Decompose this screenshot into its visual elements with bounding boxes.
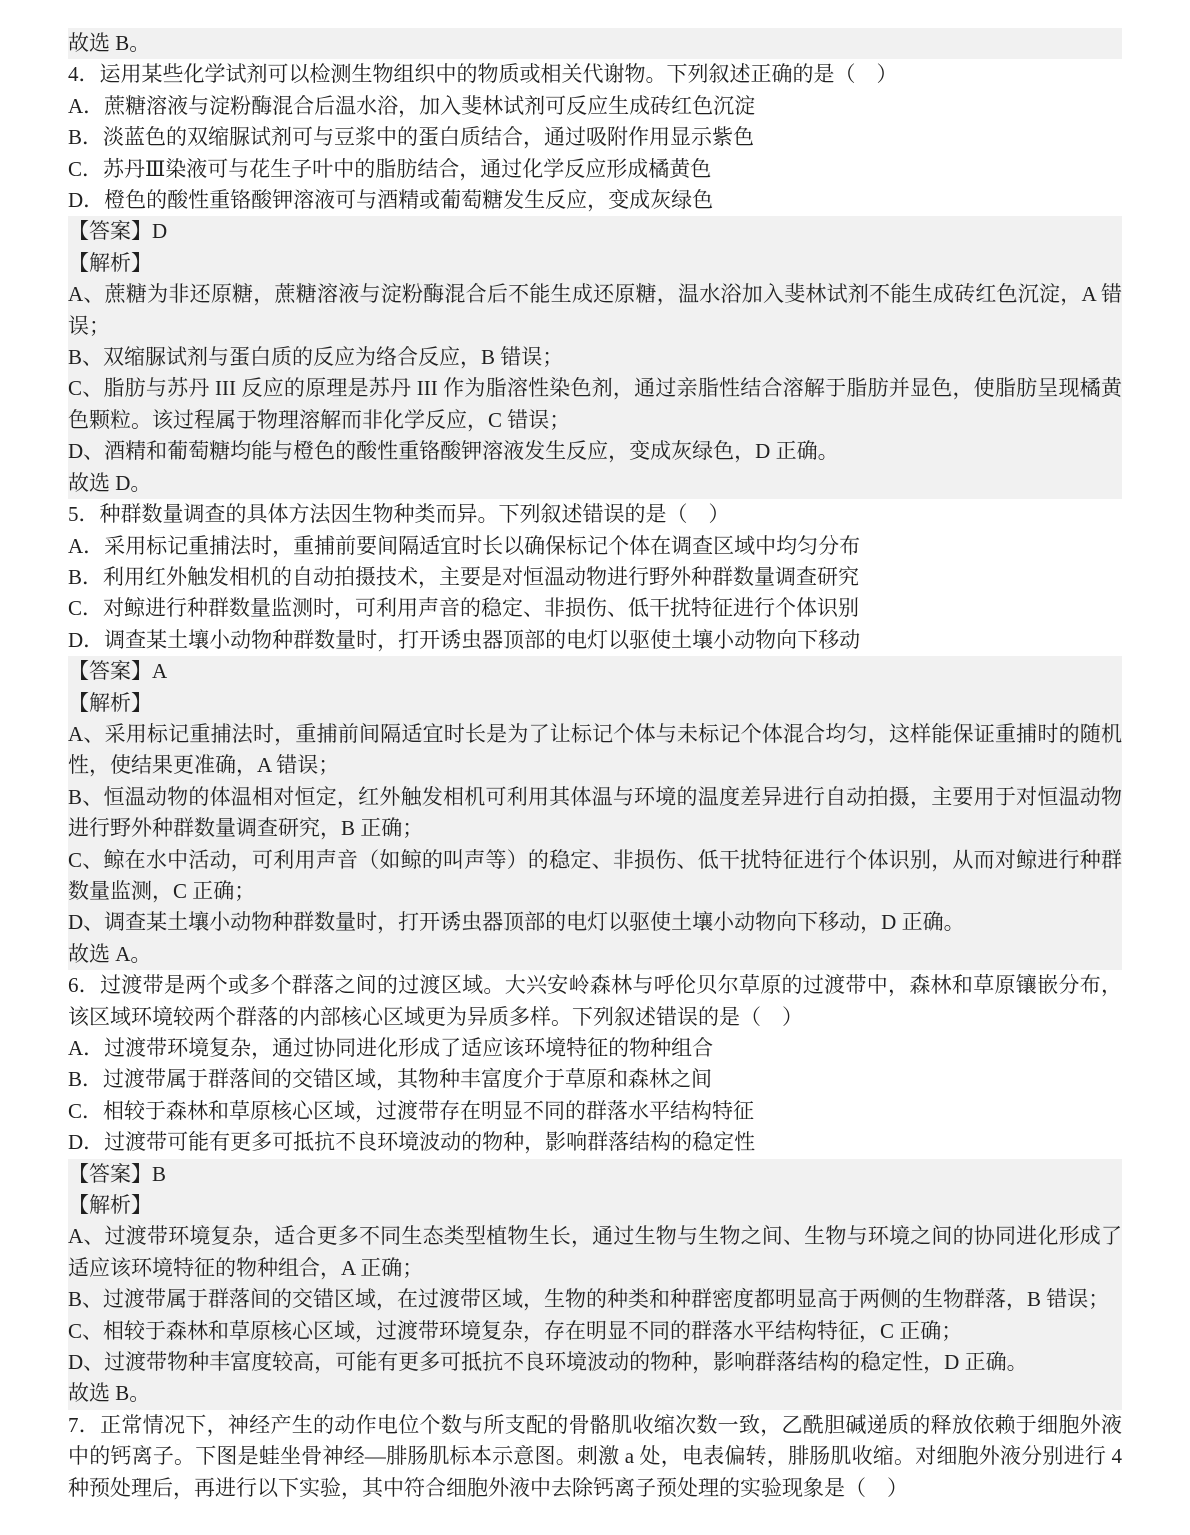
answer-block-question-4: 【答案】D 【解析】 A、蔗糖为非还原糖，蔗糖溶液与淀粉酶混合后不能生成还原糖，… — [68, 216, 1122, 499]
question-7: 7．正常情况下，神经产生的动作电位个数与所支配的骨骼肌收缩次数一致，乙酰胆碱递质… — [68, 1410, 1122, 1504]
answer-line: 【答案】A — [68, 656, 1122, 687]
analysis-line-c: C、相较于森林和草原核心区域，过渡带环境复杂，存在明显不同的群落水平结构特征，C… — [68, 1316, 1122, 1347]
conclusion-line: 故选 D。 — [68, 468, 1122, 499]
analysis-line-a: A、过渡带环境复杂，适合更多不同生态类型植物生长，通过生物与生物之间、生物与环境… — [68, 1221, 1122, 1284]
question-5-option-b: B．利用红外触发相机的自动拍摄技术，主要是对恒温动物进行野外种群数量调查研究 — [68, 562, 1122, 593]
question-6-option-d: D．过渡带可能有更多可抵抗不良环境波动的物种，影响群落结构的稳定性 — [68, 1127, 1122, 1158]
analysis-heading: 【解析】 — [68, 688, 1122, 719]
answer-block-previous-question: 故选 B。 — [68, 28, 1122, 59]
analysis-heading: 【解析】 — [68, 248, 1122, 279]
document-content: 故选 B。 4．运用某些化学试剂可以检测生物组织中的物质或相关代谢物。下列叙述正… — [68, 28, 1122, 1504]
analysis-line-c: C、鲸在水中活动，可利用声音（如鲸的叫声等）的稳定、非损伤、低干扰特征进行个体识… — [68, 845, 1122, 908]
question-6: 6．过渡带是两个或多个群落之间的过渡区域。大兴安岭森林与呼伦贝尔草原的过渡带中，… — [68, 970, 1122, 1158]
question-7-stem: 7．正常情况下，神经产生的动作电位个数与所支配的骨骼肌收缩次数一致，乙酰胆碱递质… — [68, 1410, 1122, 1504]
answer-line: 【答案】D — [68, 216, 1122, 247]
question-6-option-c: C．相较于森林和草原核心区域，过渡带存在明显不同的群落水平结构特征 — [68, 1096, 1122, 1127]
answer-block-question-5: 【答案】A 【解析】 A、采用标记重捕法时，重捕前间隔适宜时长是为了让标记个体与… — [68, 656, 1122, 970]
conclusion-line: 故选 B。 — [68, 1378, 1122, 1409]
analysis-line-b: B、过渡带属于群落间的交错区域，在过渡带区域，生物的种类和种群密度都明显高于两侧… — [68, 1284, 1122, 1315]
analysis-line-b: B、恒温动物的体温相对恒定，红外触发相机可利用其体温与环境的温度差异进行自动拍摄… — [68, 782, 1122, 845]
question-5-stem: 5．种群数量调查的具体方法因生物种类而异。下列叙述错误的是（ ） — [68, 499, 1122, 530]
answer-line: 【答案】B — [68, 1159, 1122, 1190]
question-4-option-c: C．苏丹Ⅲ染液可与花生子叶中的脂肪结合，通过化学反应形成橘黄色 — [68, 154, 1122, 185]
question-4-option-d: D．橙色的酸性重铬酸钾溶液可与酒精或葡萄糖发生反应，变成灰绿色 — [68, 185, 1122, 216]
question-5: 5．种群数量调查的具体方法因生物种类而异。下列叙述错误的是（ ） A．采用标记重… — [68, 499, 1122, 656]
analysis-line-a: A、蔗糖为非还原糖，蔗糖溶液与淀粉酶混合后不能生成还原糖，温水浴加入斐林试剂不能… — [68, 279, 1122, 342]
analysis-line-c: C、脂肪与苏丹 III 反应的原理是苏丹 III 作为脂溶性染色剂，通过亲脂性结… — [68, 373, 1122, 436]
question-5-option-d: D．调查某土壤小动物种群数量时，打开诱虫器顶部的电灯以驱使土壤小动物向下移动 — [68, 625, 1122, 656]
question-6-stem: 6．过渡带是两个或多个群落之间的过渡区域。大兴安岭森林与呼伦贝尔草原的过渡带中，… — [68, 970, 1122, 1033]
analysis-line-d: D、过渡带物种丰富度较高，可能有更多可抵抗不良环境波动的物种，影响群落结构的稳定… — [68, 1347, 1122, 1378]
question-4-option-b: B．淡蓝色的双缩脲试剂可与豆浆中的蛋白质结合，通过吸附作用显示紫色 — [68, 122, 1122, 153]
question-6-option-b: B．过渡带属于群落间的交错区域，其物种丰富度介于草原和森林之间 — [68, 1064, 1122, 1095]
answer-block-question-6: 【答案】B 【解析】 A、过渡带环境复杂，适合更多不同生态类型植物生长，通过生物… — [68, 1159, 1122, 1410]
analysis-line-d: D、酒精和葡萄糖均能与橙色的酸性重铬酸钾溶液发生反应，变成灰绿色，D 正确。 — [68, 436, 1122, 467]
question-4: 4．运用某些化学试剂可以检测生物组织中的物质或相关代谢物。下列叙述正确的是（ ）… — [68, 59, 1122, 216]
question-4-stem: 4．运用某些化学试剂可以检测生物组织中的物质或相关代谢物。下列叙述正确的是（ ） — [68, 59, 1122, 90]
conclusion-line: 故选 A。 — [68, 939, 1122, 970]
question-6-option-a: A．过渡带环境复杂，通过协同进化形成了适应该环境特征的物种组合 — [68, 1033, 1122, 1064]
analysis-heading: 【解析】 — [68, 1190, 1122, 1221]
question-5-option-c: C．对鲸进行种群数量监测时，可利用声音的稳定、非损伤、低干扰特征进行个体识别 — [68, 593, 1122, 624]
analysis-line-d: D、调查某土壤小动物种群数量时，打开诱虫器顶部的电灯以驱使土壤小动物向下移动，D… — [68, 907, 1122, 938]
analysis-line-b: B、双缩脲试剂与蛋白质的反应为络合反应，B 错误； — [68, 342, 1122, 373]
question-5-option-a: A．采用标记重捕法时，重捕前要间隔适宜时长以确保标记个体在调查区域中均匀分布 — [68, 531, 1122, 562]
question-4-option-a: A．蔗糖溶液与淀粉酶混合后温水浴，加入斐林试剂可反应生成砖红色沉淀 — [68, 91, 1122, 122]
conclusion-line: 故选 B。 — [68, 28, 1122, 59]
analysis-line-a: A、采用标记重捕法时，重捕前间隔适宜时长是为了让标记个体与未标记个体混合均匀，这… — [68, 719, 1122, 782]
